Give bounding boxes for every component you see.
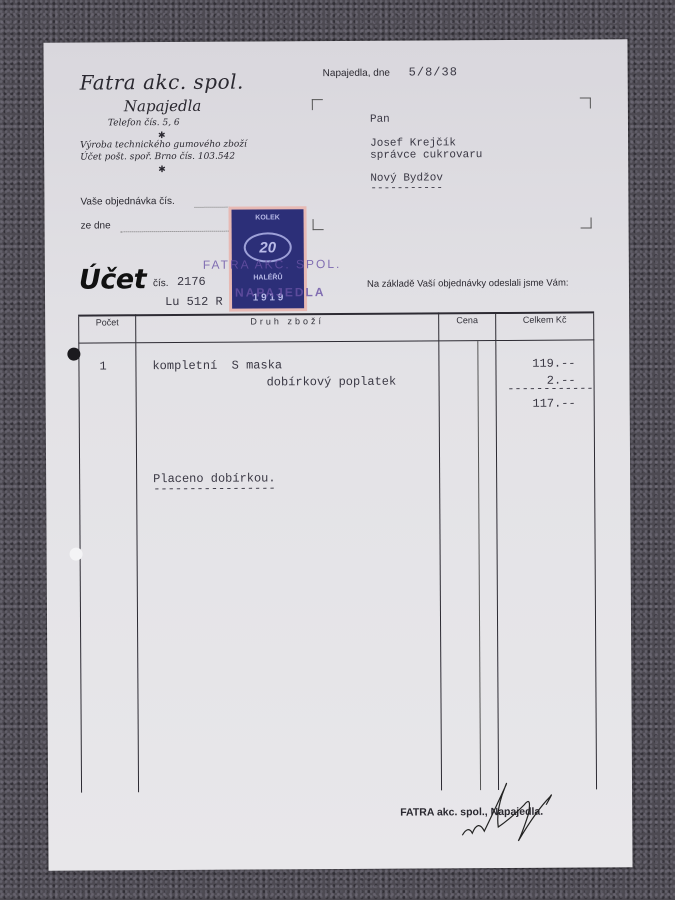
- punch-hole: [67, 348, 80, 361]
- punch-hole: [70, 548, 83, 561]
- grand-total: 117.--: [532, 397, 575, 411]
- invoice-reference: Lu 512 R: [165, 295, 223, 309]
- invoice-document: Fatra akc. spol. Napajedla Telefon čís. …: [43, 39, 632, 871]
- postal-account: Účet pošt. spoř. Brno čís. 103.542: [80, 152, 235, 163]
- header-goods: Druh zboží: [136, 313, 439, 342]
- row-item: dobírkový poplatek: [267, 375, 397, 390]
- company-phone: Telefon čís. 5, 6: [108, 118, 180, 128]
- items-table: Počet Druh zboží Cena Celkem Kč 1 komple…: [78, 311, 597, 792]
- address-corner-mark: [581, 217, 592, 228]
- order-date-field: [121, 231, 229, 233]
- stamp-middle-text: HALÉŘŮ: [253, 274, 282, 281]
- table-header-row: Počet Druh zboží Cena Celkem Kč: [79, 312, 594, 343]
- header-total: Celkem Kč: [496, 312, 594, 340]
- rubber-stamp-line2: NAPAJEDLA: [235, 285, 326, 300]
- signature-icon: [458, 775, 568, 846]
- ornament-icon: ✱: [158, 164, 166, 175]
- total-column: 119.-- 2.-- ------------ 117.--: [496, 340, 597, 790]
- address-corner-mark: [312, 99, 323, 110]
- order-number-label: Vaše objednávka čís.: [80, 196, 174, 208]
- price-subdivider: [477, 341, 481, 790]
- row-item: kompletní S maska: [152, 358, 282, 373]
- address-corner-mark: [580, 97, 591, 108]
- company-name: Fatra akc. spol.: [80, 70, 244, 95]
- date-label: Napajedla, dne: [323, 68, 390, 79]
- goods-column: kompletní S maska dobírkový poplatek Pla…: [136, 341, 442, 792]
- row-quantity: 1: [99, 359, 106, 373]
- stamp-top-text: KOLEK: [255, 214, 280, 221]
- price-column: [439, 341, 499, 791]
- header-quantity: Počet: [79, 315, 136, 343]
- table-body: 1 kompletní S maska dobírkový poplatek P…: [79, 340, 597, 793]
- invoice-number-label: čís.: [153, 278, 169, 289]
- header-price: Cena: [439, 313, 496, 341]
- company-city: Napajedla: [124, 97, 202, 115]
- order-date-label: ze dne: [81, 220, 111, 231]
- row-total: 119.--: [532, 357, 575, 371]
- payment-note-underline: -----------------: [153, 481, 276, 496]
- quantity-column: 1: [79, 343, 139, 793]
- order-number-field: [194, 207, 229, 208]
- recipient-salutation: Pan: [370, 114, 390, 126]
- recipient-town-underline: -----------: [370, 182, 443, 194]
- sum-separator: ------------: [507, 381, 594, 396]
- recipient-title: správce cukrovaru: [370, 149, 482, 162]
- company-production: Výroba technického gumového zboží: [80, 140, 247, 151]
- date-value: 5/8/38: [409, 65, 458, 79]
- address-corner-mark: [313, 219, 324, 230]
- rubber-stamp-line1: FATRA AKC. SPOL.: [203, 257, 342, 272]
- recipient-name: Josef Krejčík: [370, 137, 456, 150]
- invoice-number: 2176: [177, 275, 206, 289]
- invoice-heading: Účet: [79, 264, 146, 295]
- invoice-intro: Na základě Vaší objednávky odeslali jsme…: [367, 278, 569, 290]
